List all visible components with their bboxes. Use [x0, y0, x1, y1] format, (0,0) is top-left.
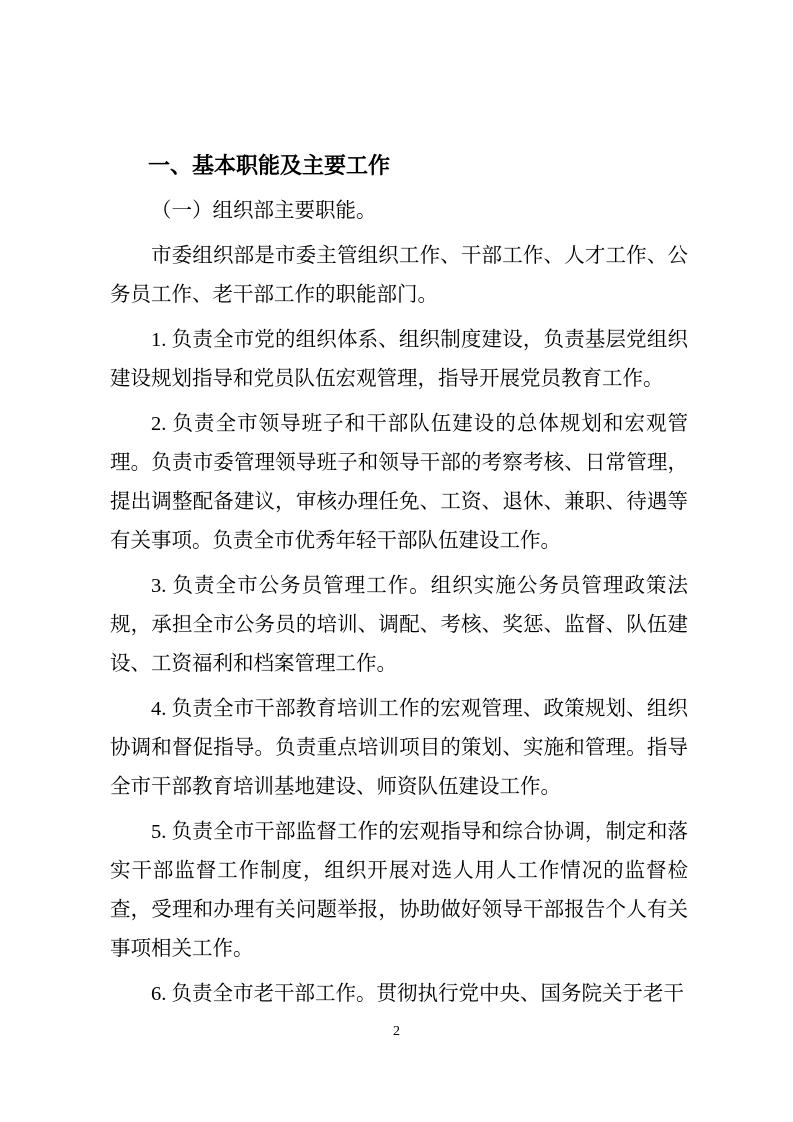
paragraph: 1. 负责全市党的组织体系、组织制度建设，负责基层党组织建设规划指导和党员队伍宏…: [110, 321, 688, 399]
paragraph: 6. 负责全市老干部工作。贯彻执行党中央、国务院关于老干: [110, 975, 688, 1014]
paragraph: 3. 负责全市公务员管理工作。组织实施公务员管理政策法规，承担全市公务员的培训、…: [110, 567, 688, 684]
document-body: 市委组织部是市委主管组织工作、干部工作、人才工作、公务员工作、老干部工作的职能部…: [110, 237, 688, 1014]
document-page: 一、基本职能及主要工作 （一）组织部主要职能。 市委组织部是市委主管组织工作、干…: [0, 0, 793, 1122]
document-content: 一、基本职能及主要工作 （一）组织部主要职能。 市委组织部是市委主管组织工作、干…: [110, 147, 688, 1014]
paragraph: 5. 负责全市干部监督工作的宏观指导和综合协调，制定和落实干部监督工作制度，组织…: [110, 813, 688, 969]
paragraph: 2. 负责全市领导班子和干部队伍建设的总体规划和宏观管理。负责市委管理领导班子和…: [110, 405, 688, 561]
page-number: 2: [0, 1022, 793, 1042]
paragraph: 4. 负责全市干部教育培训工作的宏观管理、政策规划、组织协调和督促指导。负责重点…: [110, 690, 688, 807]
paragraph: 市委组织部是市委主管组织工作、干部工作、人才工作、公务员工作、老干部工作的职能部…: [110, 237, 688, 315]
subsection-heading: （一）组织部主要职能。: [110, 192, 688, 231]
section-heading: 一、基本职能及主要工作: [110, 147, 688, 186]
